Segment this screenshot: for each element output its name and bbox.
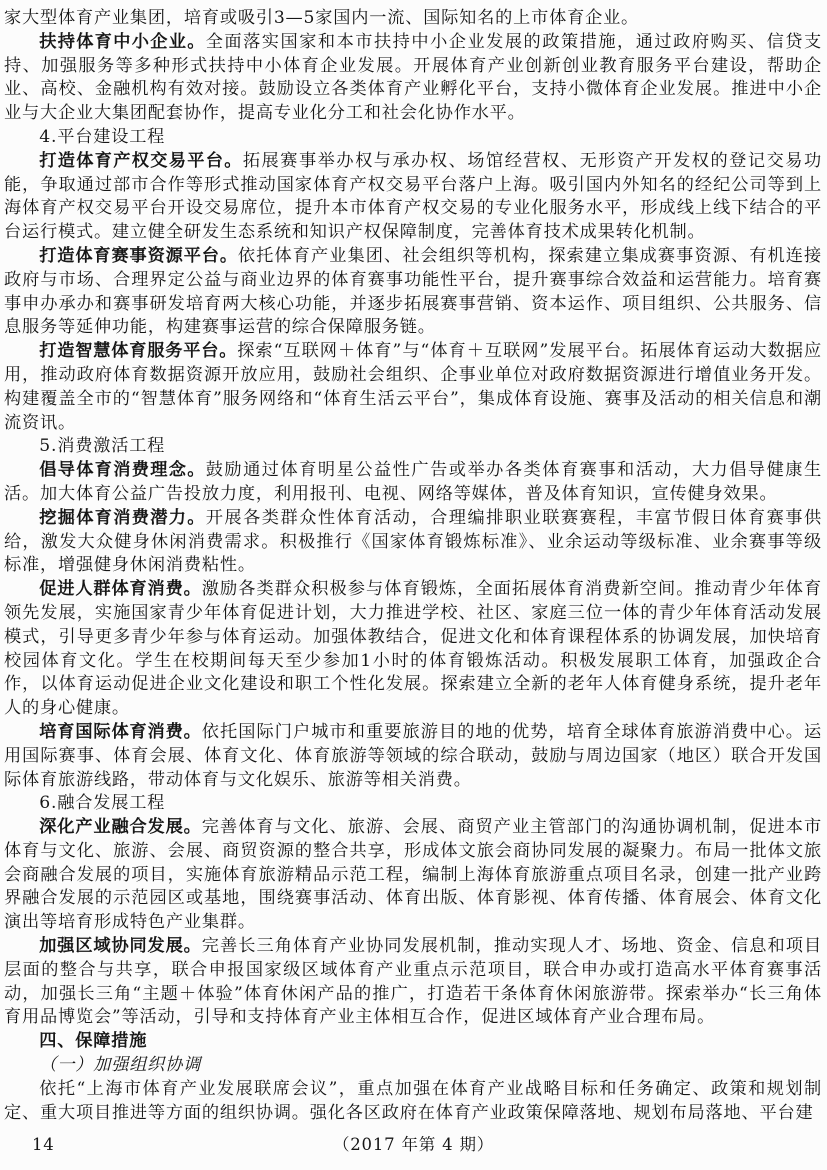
heading-platform-project: 4.平台建设工程 (4, 126, 822, 150)
heading-integration-project: 6.融合发展工程 (4, 792, 822, 816)
issue-label: （2017 年第 4 期） (0, 1133, 827, 1157)
property-rights-platform-paragraph: 打造体育产权交易平台。拓展赛事举办权与承办权、场馆经营权、无形资产开发权的登记交… (4, 150, 822, 245)
paragraph-lead-phrase: 深化产业融合发展。 (39, 817, 201, 837)
paragraph-lead-phrase: 打造智慧体育服务平台。 (39, 341, 237, 361)
page-footer: 14 （2017 年第 4 期） (0, 1133, 827, 1157)
heading-consumption-project: 5.消费激活工程 (4, 435, 822, 459)
international-consumption-paragraph: 培育国际体育消费。依托国际门户城市和重要旅游目的地的优势，培育全球体育旅游消费中… (4, 721, 822, 792)
paragraph-lead-phrase: 倡导体育消费理念。 (39, 460, 205, 480)
paragraph-lead-phrase: 促进人群体育消费。 (39, 579, 201, 599)
industry-integration-paragraph: 深化产业融合发展。完善体育与文化、旅游、会展、商贸产业主管部门的沟通协调机制，促… (4, 816, 822, 935)
paragraph-lead-phrase: 扶持体育中小企业。 (39, 32, 205, 52)
consumption-potential-paragraph: 挖掘体育消费潜力。开展各类群众性体育活动，合理编排职业联赛赛程，丰富节假日体育赛… (4, 507, 822, 578)
intro-continuation-line: 家大型体育产业集团，培育或吸引3—5家国内一流、国际知名的上市体育企业。 (4, 7, 822, 31)
consumption-concept-paragraph: 倡导体育消费理念。鼓励通过体育明星公益性广告或举办各类体育赛事和活动，大力倡导健… (4, 459, 822, 507)
document-body: 家大型体育产业集团，培育或吸引3—5家国内一流、国际知名的上市体育企业。扶持体育… (4, 7, 822, 1125)
regional-coordination-paragraph: 加强区域协同发展。完善长三角体育产业协同发展机制，推动实现人才、场地、资金、信息… (4, 935, 822, 1030)
paragraph-lead-phrase: 打造体育赛事资源平台。 (39, 246, 238, 266)
paragraph-lead-phrase: 挖掘体育消费潜力。 (39, 508, 205, 528)
heading-organizational-coordination: （一）加强组织协调 (4, 1054, 822, 1078)
paragraph-lead-phrase: 打造体育产权交易平台。 (39, 151, 243, 171)
group-consumption-paragraph: 促进人群体育消费。激励各类群众积极参与体育锻炼，全面拓展体育消费新空间。推动青少… (4, 578, 822, 721)
smart-sports-platform-paragraph: 打造智慧体育服务平台。探索“互联网＋体育”与“体育＋互联网”发展平台。拓展体育运… (4, 340, 822, 435)
support-sme-paragraph: 扶持体育中小企业。全面落实国家和本市扶持中小企业发展的政策措施，通过政府购买、信… (4, 31, 822, 126)
paragraph-lead-phrase: 加强区域协同发展。 (39, 936, 201, 956)
paragraph-lead-phrase: 培育国际体育消费。 (39, 722, 201, 742)
document-page: 家大型体育产业集团，培育或吸引3—5家国内一流、国际知名的上市体育企业。扶持体育… (0, 0, 827, 1170)
heading-safeguard-measures: 四、保障措施 (4, 1030, 822, 1054)
event-resources-platform-paragraph: 打造体育赛事资源平台。依托体育产业集团、社会组织等机构，探索建立集成赛事资源、有… (4, 245, 822, 340)
joint-conference-paragraph: 依托“上海市体育产业发展联席会议”，重点加强在体育产业战略目标和任务确定、政策和… (4, 1078, 822, 1126)
